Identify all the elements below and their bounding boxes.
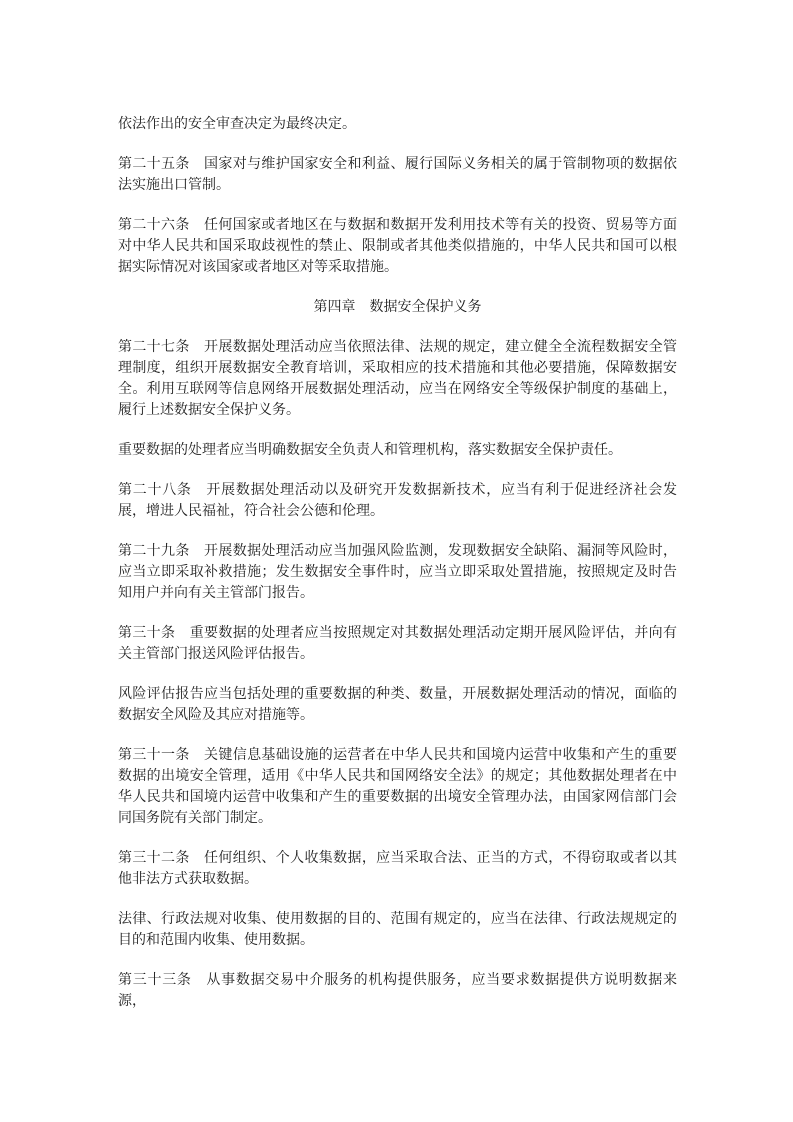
document-page: 依法作出的安全审查决定为最终决定。 第二十五条 国家对与维护国家安全和利益、履行… — [0, 0, 793, 1122]
paragraph-article-27-clause-2: 重要数据的处理者应当明确数据安全负责人和管理机构，落实数据安全保护责任。 — [118, 440, 677, 461]
paragraph-article-28: 第二十八条 开展数据处理活动以及研究开发数据新技术，应当有利于促进经济社会发展，… — [118, 480, 677, 522]
paragraph-article-25: 第二十五条 国家对与维护国家安全和利益、履行国际义务相关的属于管制物项的数据依法… — [118, 154, 677, 196]
paragraph-article-30-clause-2: 风险评估报告应当包括处理的重要数据的种类、数量，开展数据处理活动的情况，面临的数… — [118, 684, 677, 726]
paragraph-article-29: 第二十九条 开展数据处理活动应当加强风险监测，发现数据安全缺陷、漏洞等风险时，应… — [118, 541, 677, 604]
paragraph-article-33: 第三十三条 从事数据交易中介服务的机构提供服务，应当要求数据提供方说明数据来源， — [118, 970, 677, 1012]
paragraph-article-32: 第三十二条 任何组织、个人收集数据，应当采取合法、正当的方式，不得窃取或者以其他… — [118, 848, 677, 890]
paragraph-article-32-clause-2: 法律、行政法规对收集、使用数据的目的、范围有规定的，应当在法律、行政法规规定的目… — [118, 909, 677, 951]
paragraph-article-31: 第三十一条 关键信息基础设施的运营者在中华人民共和国境内运营中收集和产生的重要数… — [118, 745, 677, 829]
chapter-heading: 第四章 数据安全保护义务 — [118, 297, 677, 318]
paragraph-article-24-tail: 依法作出的安全审查决定为最终决定。 — [118, 114, 677, 135]
paragraph-article-27: 第二十七条 开展数据处理活动应当依照法律、法规的规定，建立健全全流程数据安全管理… — [118, 337, 677, 421]
paragraph-article-26: 第二十六条 任何国家或者地区在与数据和数据开发利用技术等有关的投资、贸易等方面对… — [118, 215, 677, 278]
paragraph-article-30: 第三十条 重要数据的处理者应当按照规定对其数据处理活动定期开展风险评估，并向有关… — [118, 623, 677, 665]
